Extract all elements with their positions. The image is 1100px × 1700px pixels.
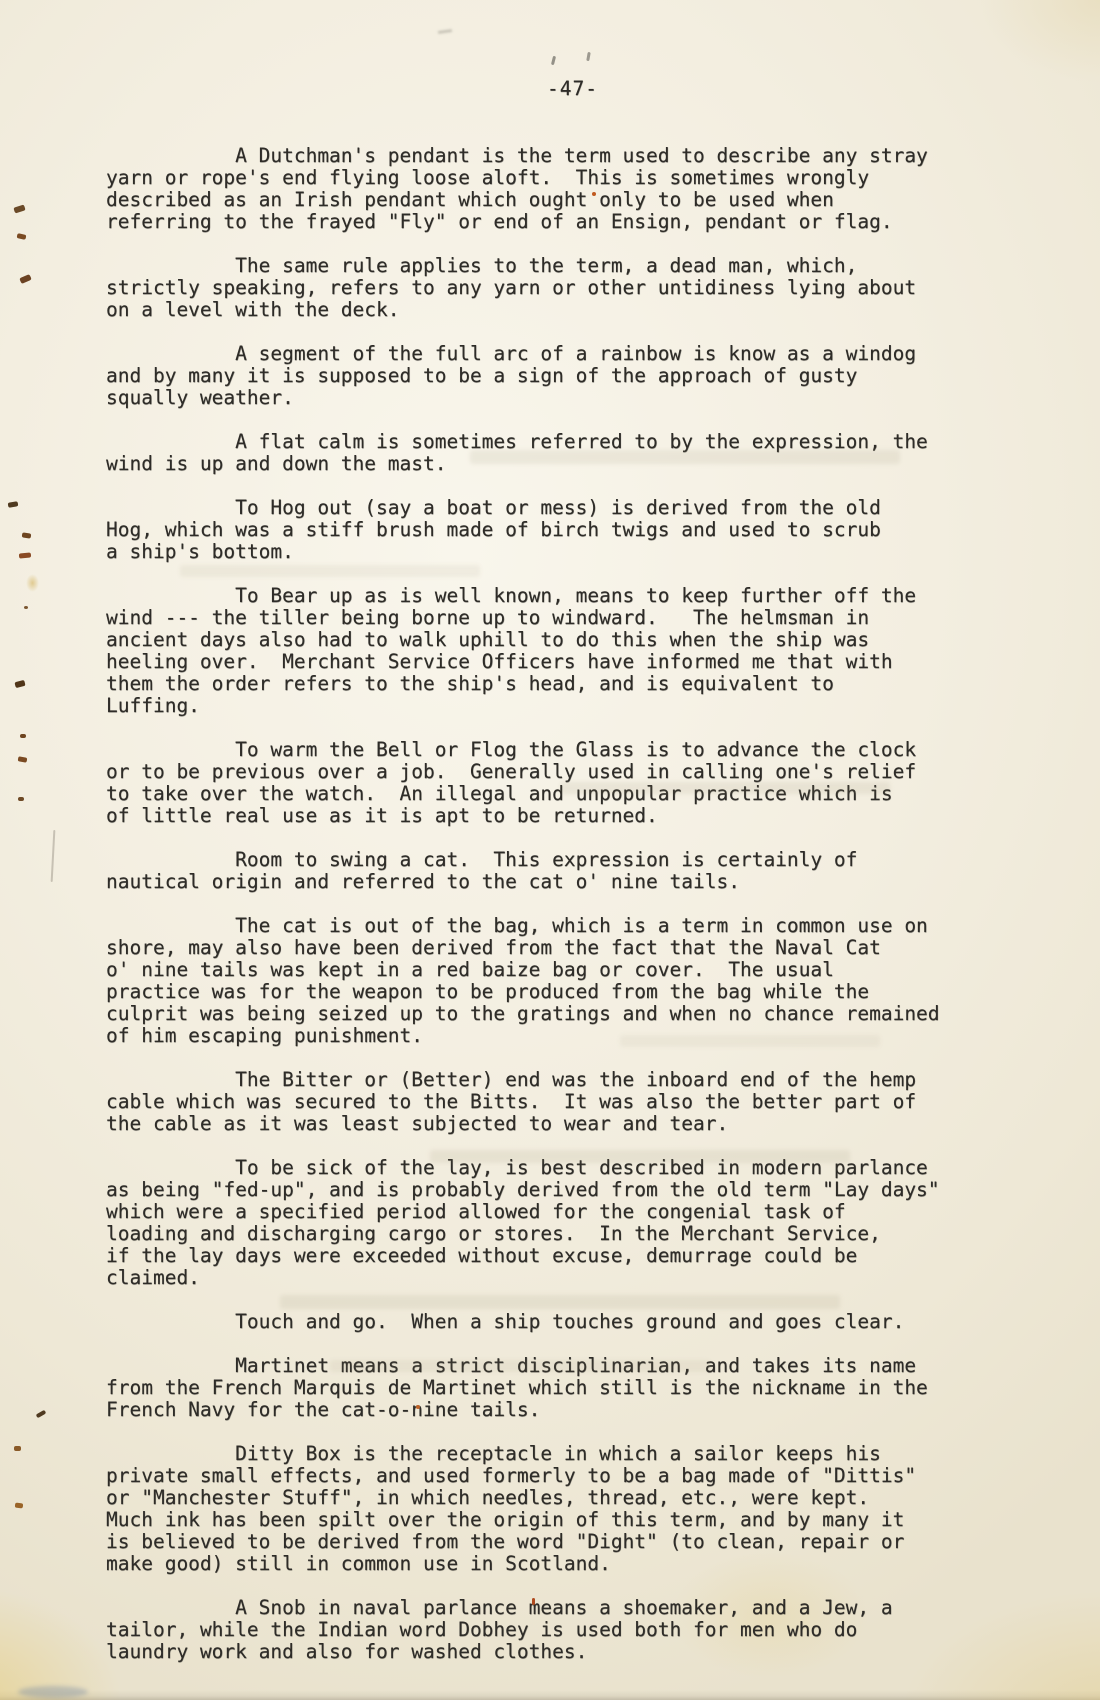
pencil-squiggle <box>51 830 56 882</box>
ink-speck <box>19 274 31 284</box>
ink-speck <box>14 1446 21 1451</box>
document-body: A Dutchman's pendant is the term used to… <box>106 145 1066 1685</box>
page-number: -47- <box>547 77 598 100</box>
ink-speck <box>19 552 31 558</box>
paragraph: To warm the Bell or Flog the Glass is to… <box>106 739 1066 827</box>
ink-speck <box>13 204 25 213</box>
ink-speck <box>15 1503 23 1509</box>
paragraph: The Bitter or (Better) end was the inboa… <box>106 1069 1066 1135</box>
paragraph: Ditty Box is the receptacle in which a s… <box>106 1443 1066 1575</box>
paper-stain <box>18 1686 88 1698</box>
pencil-mark <box>586 52 591 61</box>
paragraph: A flat calm is sometimes referred to by … <box>106 431 1066 475</box>
ink-speck <box>17 233 27 240</box>
paragraph: Touch and go. When a ship touches ground… <box>106 1311 1066 1333</box>
ink-speck <box>14 680 25 688</box>
paragraph: The same rule applies to the term, a dea… <box>106 255 1066 321</box>
paragraph: A Snob in naval parlance means a shoemak… <box>106 1597 1066 1663</box>
ink-speck <box>22 532 32 538</box>
ink-speck <box>18 797 24 801</box>
ink-speck <box>36 1410 47 1418</box>
ink-speck <box>24 606 28 609</box>
pencil-mark <box>438 29 452 34</box>
paper-stain <box>26 574 39 592</box>
ink-speck <box>18 756 28 762</box>
paragraph: To Hog out (say a boat or mess) is deriv… <box>106 497 1066 563</box>
paragraph: Room to swing a cat. This expression is … <box>106 849 1066 893</box>
ink-speck <box>8 501 19 508</box>
paragraph: To be sick of the lay, is best described… <box>106 1157 1066 1289</box>
document-page: -47- A Dutchman's pendant is the term us… <box>0 0 1100 1700</box>
paragraph: The cat is out of the bag, which is a te… <box>106 915 1066 1047</box>
ink-speck <box>20 734 26 738</box>
paragraph: To Bear up as is well known, means to ke… <box>106 585 1066 717</box>
pencil-mark <box>551 56 556 65</box>
paragraph: Martinet means a strict disciplinarian, … <box>106 1355 1066 1421</box>
paragraph: A segment of the full arc of a rainbow i… <box>106 343 1066 409</box>
paragraph: A Dutchman's pendant is the term used to… <box>106 145 1066 233</box>
